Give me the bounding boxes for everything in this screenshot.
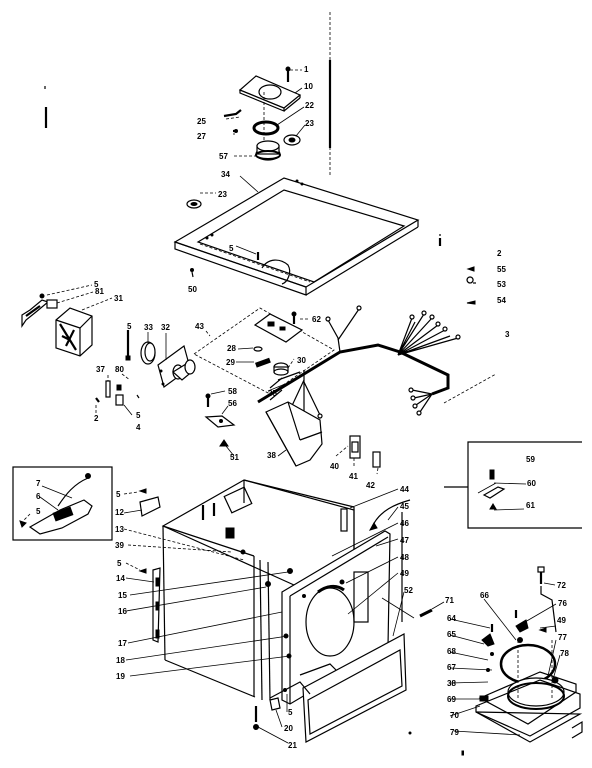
callout-65: 65 — [447, 630, 456, 639]
callout-6: 6 — [36, 492, 41, 501]
top-panel — [175, 178, 418, 295]
callout-30: 30 — [297, 356, 306, 365]
callout-10: 10 — [304, 82, 313, 91]
callout-5h: 5 — [288, 708, 293, 717]
callout-38b: 38 — [447, 679, 456, 688]
callout-66: 66 — [480, 591, 489, 600]
door-assembly — [409, 567, 582, 755]
callout-54: 54 — [497, 296, 506, 305]
callout-47: 47 — [400, 536, 409, 545]
callout-71: 71 — [445, 596, 454, 605]
callout-2a: 2 — [497, 249, 502, 258]
callout-60: 60 — [527, 479, 536, 488]
callout-29: 29 — [226, 358, 235, 367]
filter-box-assembly — [22, 294, 92, 356]
callout-27: 27 — [197, 132, 206, 141]
callout-14: 14 — [116, 574, 125, 583]
callout-37: 37 — [96, 365, 105, 374]
duct-assembly — [96, 330, 195, 405]
callout-1: 1 — [304, 65, 309, 74]
callout-50: 50 — [188, 285, 197, 294]
callout-61: 61 — [526, 501, 535, 510]
callout-5c: 5 — [127, 322, 132, 331]
callout-79: 79 — [450, 728, 459, 737]
callout-45: 45 — [400, 502, 409, 511]
callout-2b: 2 — [94, 414, 99, 423]
callout-49a: 49 — [400, 569, 409, 578]
callout-21: 21 — [288, 741, 297, 750]
callout-44: 44 — [400, 485, 409, 494]
callout-51: 51 — [230, 453, 239, 462]
callout-43: 43 — [195, 322, 204, 331]
callout-52: 52 — [404, 586, 413, 595]
misc-small-parts — [440, 234, 476, 304]
callout-7: 7 — [36, 479, 41, 488]
callout-22: 22 — [305, 101, 314, 110]
callout-5a: 5 — [229, 244, 234, 253]
callout-68: 68 — [447, 647, 456, 656]
callout-34: 34 — [221, 170, 230, 179]
inset-terminal-box — [13, 467, 112, 540]
callout-18: 18 — [116, 656, 125, 665]
callout-76: 76 — [558, 599, 567, 608]
callout-15: 15 — [118, 591, 127, 600]
callout-64: 64 — [447, 614, 456, 623]
callout-57: 57 — [219, 152, 228, 161]
callout-20: 20 — [284, 724, 293, 733]
inset-latch-box — [444, 442, 582, 528]
callout-25: 25 — [197, 117, 206, 126]
callout-3: 3 — [505, 330, 510, 339]
callout-19: 19 — [116, 672, 125, 681]
callout-67: 67 — [447, 663, 456, 672]
callout-12: 12 — [115, 508, 124, 517]
callout-53: 53 — [497, 280, 506, 289]
callout-39: 39 — [115, 541, 124, 550]
callout-77: 77 — [558, 633, 567, 642]
callout-59: 59 — [526, 455, 535, 464]
callout-23: 23 — [305, 119, 314, 128]
callout-23b: 23 — [218, 190, 227, 199]
callout-31: 31 — [114, 294, 123, 303]
callout-81: 81 — [95, 287, 104, 296]
callout-32: 32 — [161, 323, 170, 332]
callout-5d: 5 — [136, 411, 141, 420]
callout-42: 42 — [366, 481, 375, 490]
callout-49b: 49 — [557, 616, 566, 625]
callout-5e: 5 — [36, 507, 41, 516]
callout-48: 48 — [400, 553, 409, 562]
callout-56: 56 — [228, 399, 237, 408]
callout-46: 46 — [400, 519, 409, 528]
callout-40: 40 — [330, 462, 339, 471]
callout-16: 16 — [118, 607, 127, 616]
callout-4: 4 — [136, 423, 141, 432]
callout-69: 69 — [447, 695, 456, 704]
callout-13: 13 — [115, 525, 124, 534]
callout-72: 72 — [557, 581, 566, 590]
callout-5f: 5 — [116, 490, 121, 499]
callout-17: 17 — [118, 639, 127, 648]
callout-55: 55 — [497, 265, 506, 274]
callout-41: 41 — [349, 472, 358, 481]
parts-diagram: 1 10 25 22 27 23 57 34 23 5 50 2 55 53 5… — [0, 0, 592, 768]
callout-5g: 5 — [117, 559, 122, 568]
callout-80a: 80 — [115, 365, 124, 374]
callout-28: 28 — [227, 344, 236, 353]
callout-78: 78 — [560, 649, 569, 658]
callout-62: 62 — [312, 315, 321, 324]
callout-33: 33 — [144, 323, 153, 332]
callout-35: 35 — [268, 389, 277, 398]
callout-58: 58 — [228, 387, 237, 396]
callout-38a: 38 — [267, 451, 276, 460]
screw-71 — [420, 610, 432, 616]
blower-housing — [266, 402, 380, 467]
callout-70: 70 — [450, 711, 459, 720]
